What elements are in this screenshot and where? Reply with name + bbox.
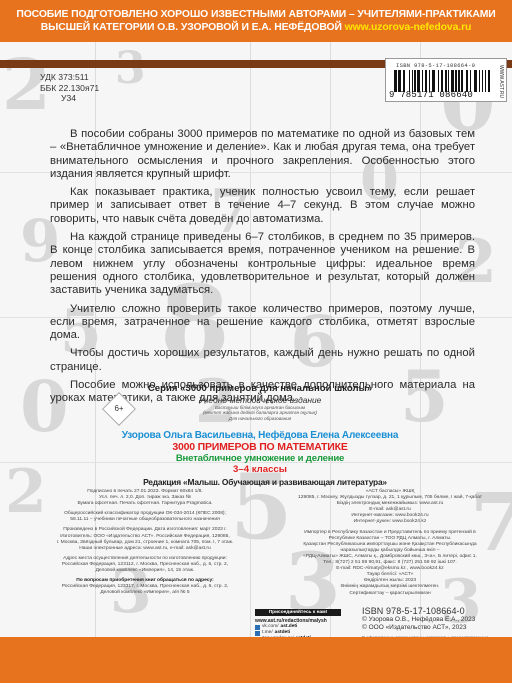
imprint-line: Қазақстан Республикасына импорттаушы жән… [268,542,512,548]
imprint-russian: Подписано в печать 27.01.2023. Формат 60… [22,489,268,596]
imprint-line: Импортер в Республику Казахстан и Предст… [268,530,512,536]
udk-code: УДК 373:511 [40,72,99,83]
barcode-isbn-label: ISBN 978-5-17-108664-0 [396,62,475,69]
book-description: В пособии собраны 3000 примеров по матем… [50,128,475,411]
barcode-bars [394,70,492,92]
edition-kind: Учебно-методическое издание [100,395,420,405]
banner-url-link[interactable]: www.uzorova-nefedova.ru [345,22,472,33]
isbn-barcode: ISBN 978-5-17-108664-0 9 785171 086640 W… [385,58,507,102]
imprint-line: г. Москва, Звёздный бульвар, дом 21, стр… [22,540,268,546]
isbn-text: ISBN 978-5-17-108664-0 [362,606,512,616]
purchase-heading: По вопросам приобретения книг обращаться… [76,578,214,583]
author-code: У34 [40,93,99,104]
vk-icon [255,625,260,630]
description-paragraph: На каждой странице приведены 6–7 столбик… [50,231,475,297]
book-grade: 3–4 классы [100,464,420,475]
banner-authors-text: ВЫСШЕЙ КАТЕГОРИИ О.В. УЗОРОВОЙ И Е.А. НЕ… [41,22,345,33]
bbk-code: ББК 22.130я71 [40,83,99,94]
classification-codes: УДК 373:511 ББК 22.130я71 У34 [40,72,99,104]
description-paragraph: В пособии собраны 3000 примеров по матем… [50,128,475,181]
book-authors: Узорова Ольга Васильевна, Нефёдова Елена… [100,430,420,441]
series-title: Серия «3000 примеров для начальной школы… [100,383,420,394]
imprint-line: Деловой комплекс «Империя», а/я № 5 [22,590,268,596]
copyright-authors: © Узорова О.В., Нефёдова Е.А., 2023 [362,616,512,624]
banner-line-1: ПОСОБИЕ ПОДГОТОВЛЕНО ХОРОШО ИЗВЕСТНЫМИ А… [0,8,512,21]
age-rating-text: 6+ [107,404,131,413]
description-paragraph: Как показывает практика, ученик полность… [50,186,475,226]
top-banner: ПОСОБИЕ ПОДГОТОВЛЕНО ХОРОШО ИЗВЕСТНЫМИ А… [0,0,512,42]
book-title: 3000 ПРИМЕРОВ ПО МАТЕМАТИКЕ [100,441,420,453]
telegram-icon [255,631,260,636]
edition-purpose-line: Для начального образования [100,416,420,421]
banner-line-2: ВЫСШЕЙ КАТЕГОРИИ О.В. УЗОРОВОЙ И Е.А. НЕ… [0,21,512,34]
description-paragraph: Учителю сложно проверить такое количеств… [50,303,475,343]
barcode-digits: 9 785171 086640 [389,90,473,100]
description-paragraph: Чтобы достичь хороших результатов, кажды… [50,347,475,374]
bottom-orange-bar [0,637,512,683]
join-us-label: Присоединяйтесь к нам! [255,609,341,616]
series-info: Серия «3000 примеров для начальной школы… [100,383,420,421]
barcode-side-text: WWW.AST.RU [498,65,504,98]
editorial-office: Редакция «Малыш. Обучающая и развивающая… [100,477,430,487]
copyright-publisher: © ООО «Издательство АСТ», 2023 [362,624,512,632]
imprint-line: Сертификаттау – қарастырылмаған [268,591,512,597]
book-subtitle: Внетабличное умножение и деление [100,453,420,464]
imprint-kazakh: «АСТ баспасы» ЖШҚ 129085, г. Мәскеу, Жұл… [268,489,512,597]
